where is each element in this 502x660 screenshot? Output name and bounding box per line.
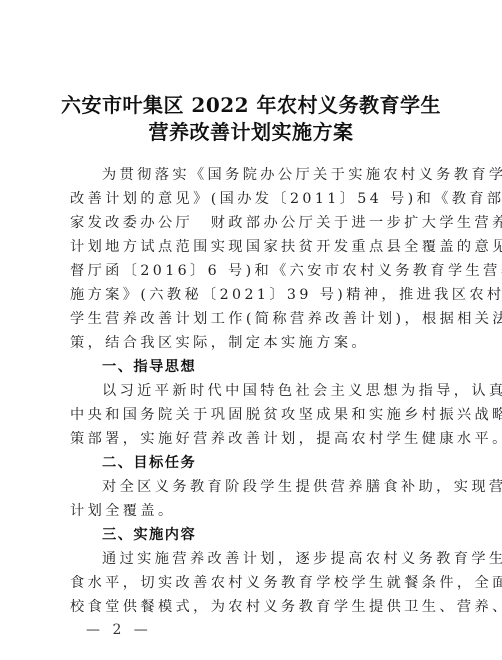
paragraph-line: 策，结合我区实际，制定本实施方案。 bbox=[70, 331, 470, 355]
paragraph-line: 为贯彻落实《国务院办公厅关于实施农村义务教育学生营养 bbox=[70, 163, 470, 187]
paragraph-line: 食水平，切实改善农村义务教育学校学生就餐条件，全面实施学 bbox=[70, 571, 470, 595]
document-page: 六安市叶集区 2022 年农村义务教育学生 营养改善计划实施方案 为贯彻落实《国… bbox=[0, 0, 502, 660]
paragraph-line: 中央和国务院关于巩固脱贫攻坚成果和实施乡村振兴战略的决 bbox=[70, 403, 470, 427]
paragraph-line: 对全区义务教育阶段学生提供营养膳食补助，实现营养改善 bbox=[70, 475, 470, 499]
paragraph-line: 计划全覆盖。 bbox=[70, 499, 470, 523]
paragraph-line: 以习近平新时代中国特色社会主义思想为指导，认真落实党 bbox=[70, 379, 470, 403]
document-body: 为贯彻落实《国务院办公厅关于实施农村义务教育学生营养 改善计划的意见》(国办发〔… bbox=[70, 163, 470, 619]
paragraph-line: 学生营养改善计划工作(简称营养改善计划)，根据相关法规政 bbox=[70, 307, 470, 331]
paragraph-line: 通过实施营养改善计划，逐步提高农村义务教育学生营养膳 bbox=[70, 547, 470, 571]
section-heading-guiding-ideology: 一、指导思想 bbox=[70, 355, 470, 379]
document-title-line-1: 六安市叶集区 2022 年农村义务教育学生 bbox=[0, 89, 502, 118]
section-heading-objectives: 二、目标任务 bbox=[70, 451, 470, 475]
paragraph-line: 家发改委办公厅 财政部办公厅关于进一步扩大学生营养改善 bbox=[70, 211, 470, 235]
paragraph-line: 校食堂供餐模式，为农村义务教育学生提供卫生、营养、热乎、 bbox=[70, 595, 470, 619]
paragraph-line: 施方案》(六教秘〔2021〕39 号)精神，推进我区农村义务教育 bbox=[70, 283, 470, 307]
page-number: — 2 — bbox=[86, 622, 152, 638]
section-heading-implementation: 三、实施内容 bbox=[70, 523, 470, 547]
document-title-line-2: 营养改善计划实施方案 bbox=[0, 116, 502, 145]
paragraph-line: 策部署，实施好营养改善计划，提高农村学生健康水平。 bbox=[70, 427, 470, 451]
paragraph-line: 督厅函〔2016〕6 号)和《六安市农村义务教育学生营养改善实 bbox=[70, 259, 470, 283]
paragraph-line: 改善计划的意见》(国办发〔2011〕54 号)和《教育部办公厅 国 bbox=[70, 187, 470, 211]
paragraph-line: 计划地方试点范围实现国家扶贫开发重点县全覆盖的意见》(教 bbox=[70, 235, 470, 259]
